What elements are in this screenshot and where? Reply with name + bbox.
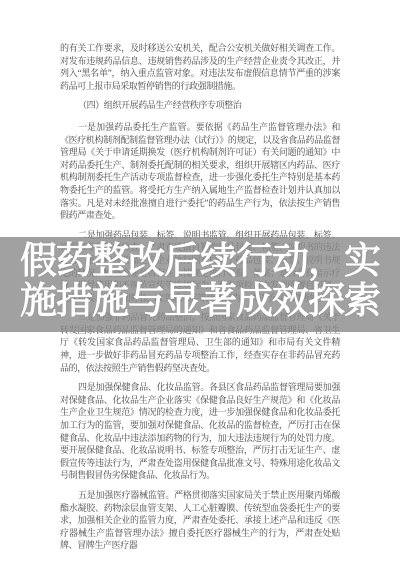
document-page: 的有关工作要求，及时移送公安机关，配合公安机关做好相关调查工作。对发布违规药品信… <box>0 0 400 566</box>
paragraph-item5: 五是加强医疗器械监管。严格贯彻落实国家局关于禁止医用聚丙烯酸酯水凝胶、药物涂层血… <box>60 489 340 552</box>
article-title-line-2: 施措施与显著成效探索 <box>0 281 400 321</box>
paragraph-continuation: 的有关工作要求，及时移送公安机关，配合公安机关做好相关调查工作。对发布违规药品信… <box>60 42 340 92</box>
article-title-line-1: 假药整改后续行动，实 <box>0 241 400 281</box>
section-heading: （四）组织开展药品生产经营秩序专项整治 <box>60 99 340 112</box>
paragraph-item4: 四是加强保健食品、化妆品监管。各县区食品药品监督管理局要加强对保健食品、化妆品生… <box>60 381 340 482</box>
article-title: 假药整改后续行动，实 施措施与显著成效探索 <box>0 241 400 321</box>
paragraph-item1: 一是加强药品委托生产监管。要依据《药品生产监督管理办法》和《医疗机构制剂配制监督… <box>60 121 340 222</box>
